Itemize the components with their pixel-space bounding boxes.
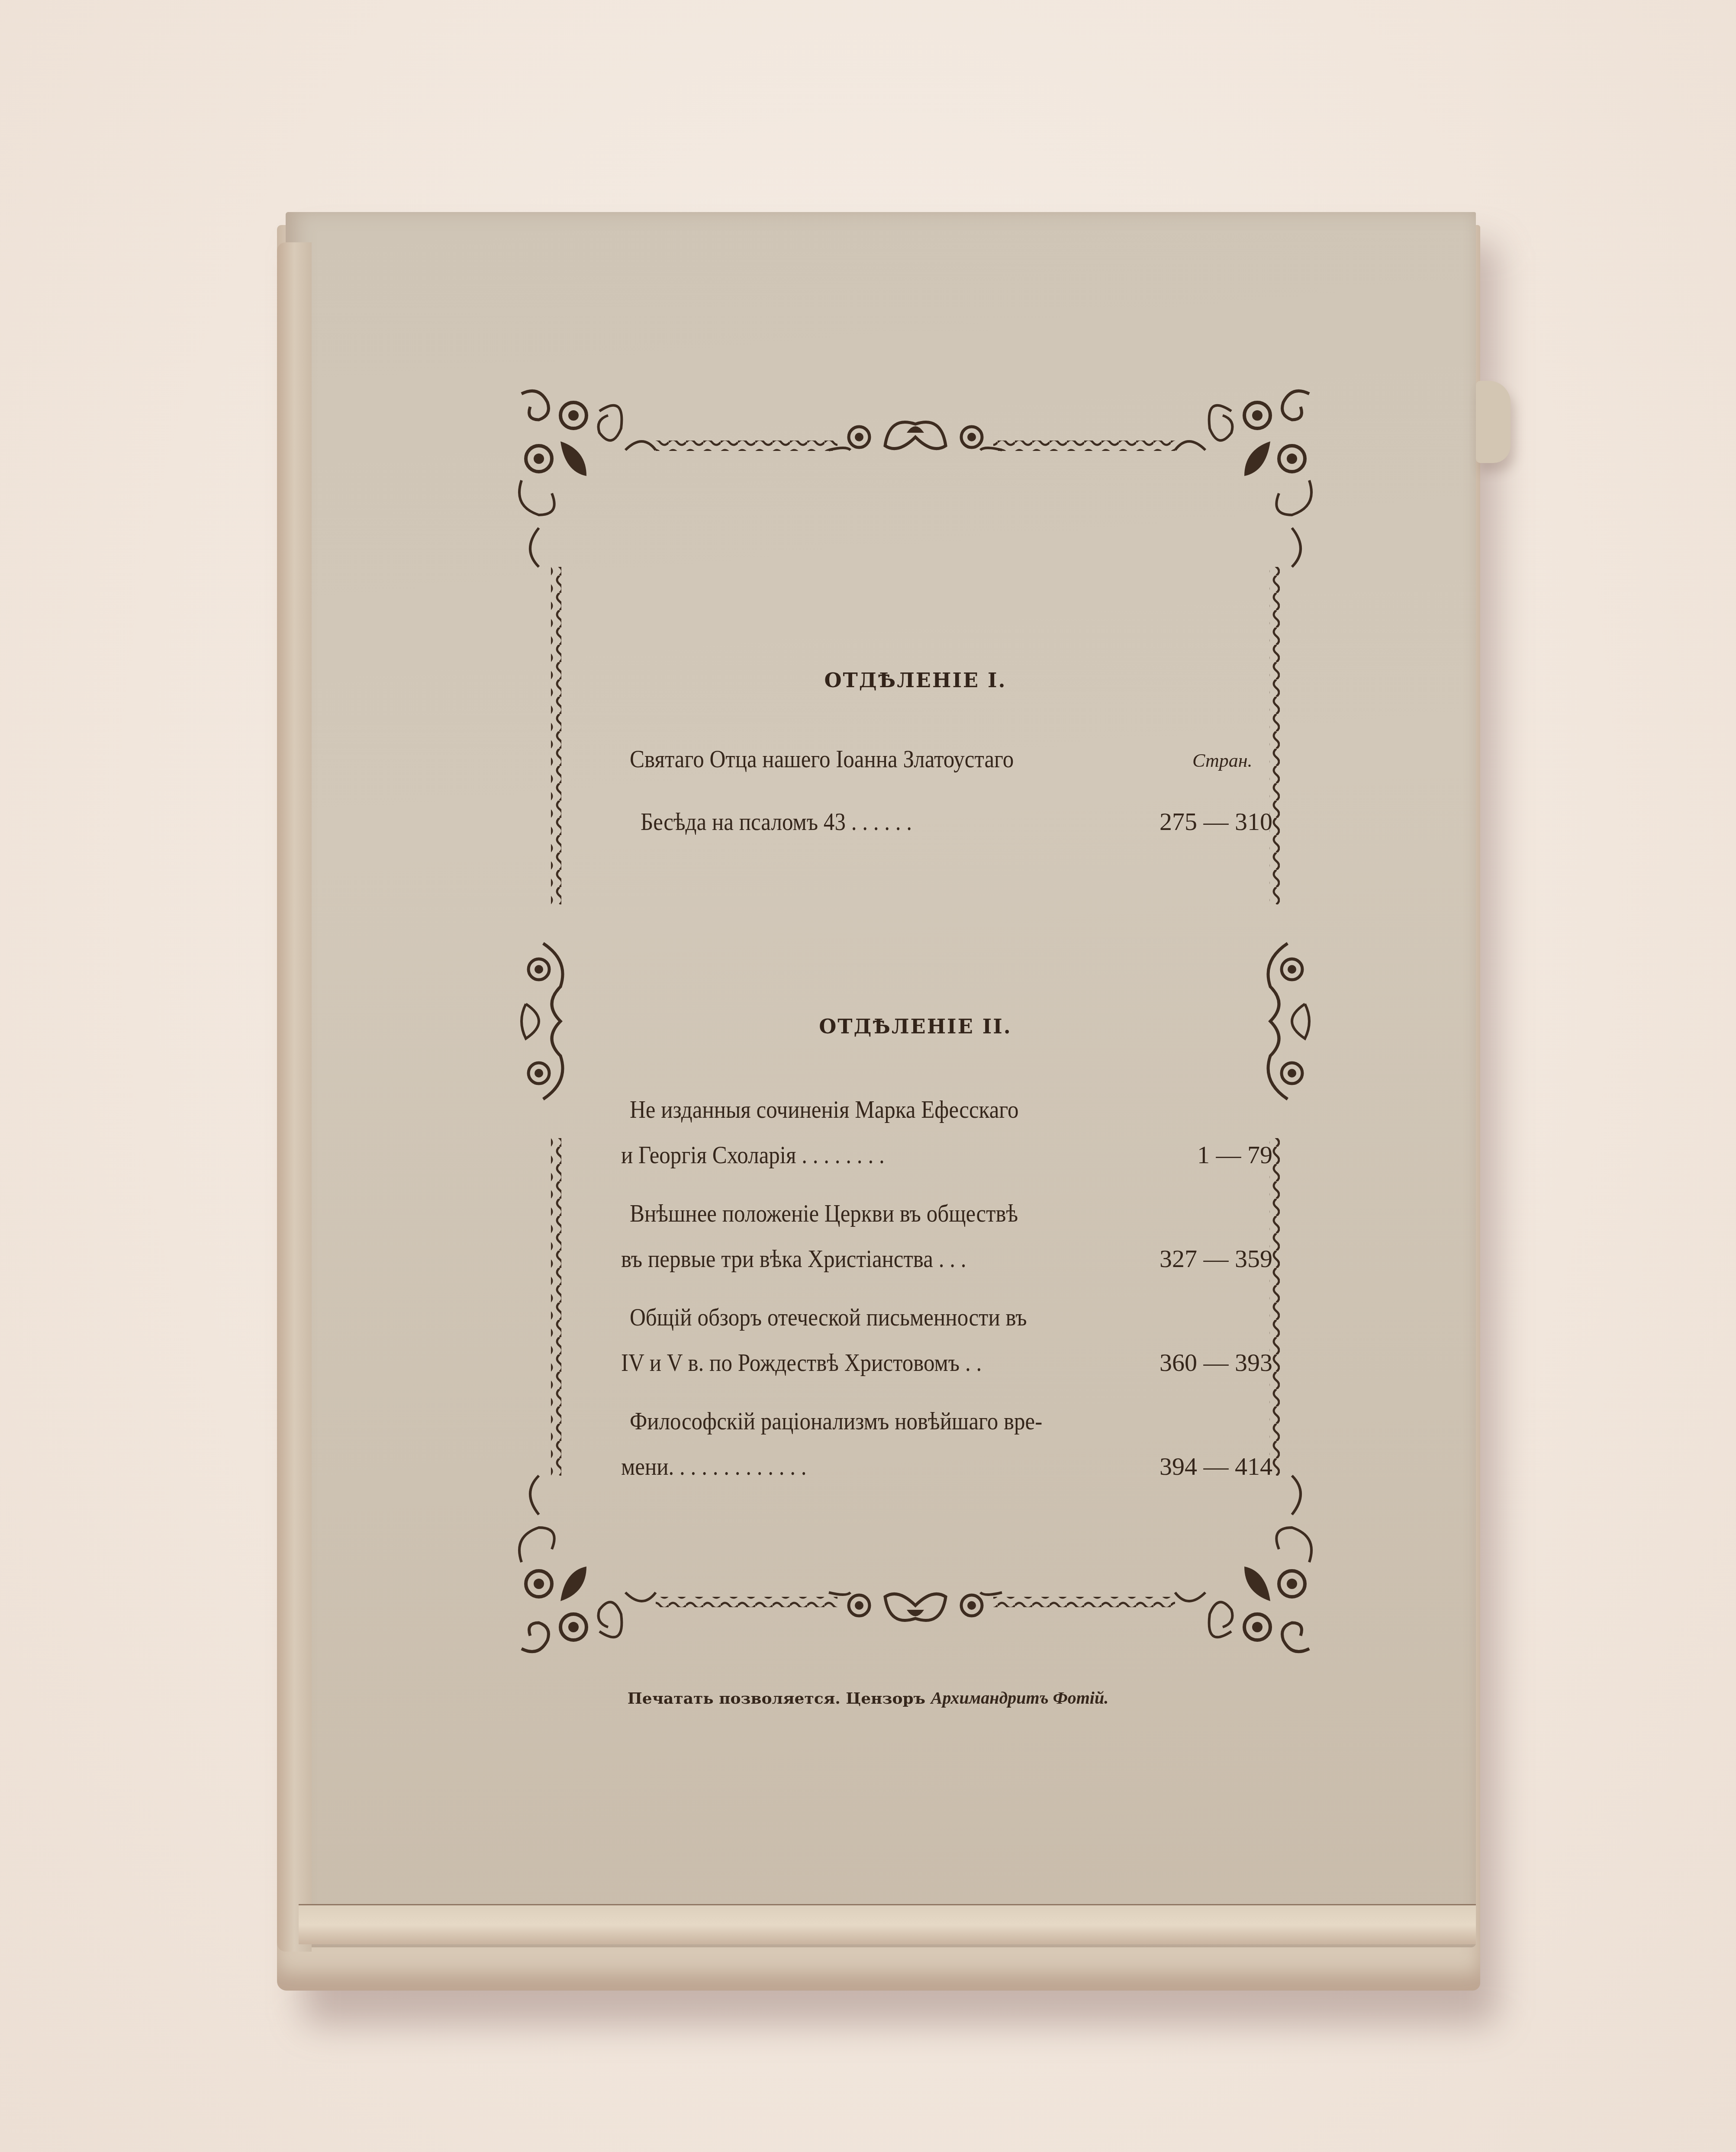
section-2-heading: ОТДѢЛЕНІЕ II. (513, 1015, 1318, 1038)
entry-3-line-1: Внѣшнее положеніе Церкви въ обществѣ (630, 1199, 1018, 1228)
entry-2-pages: 1 — 79 (1197, 1140, 1272, 1169)
section-1-heading: ОТДѢЛЕНІЕ I. (513, 669, 1318, 692)
censor-approval: Печатать позволяется. Цензоръ Архимандри… (0, 1688, 1736, 1708)
entry-4-line-2: IV и V в. по Рождествѣ Христовомъ . . (621, 1348, 982, 1377)
entry-3-line-2: въ первые три вѣка Христіанства . . . (621, 1244, 966, 1273)
entry-4-line-1: Общій обзоръ отеческой письменности въ (630, 1303, 1027, 1332)
entry-1-line-1: Святаго Отца нашего Іоанна Златоустаго (630, 744, 1014, 773)
entry-4-pages: 360 — 393 (1159, 1348, 1272, 1377)
entry-3-pages: 327 — 359 (1159, 1244, 1272, 1273)
entry-5-line-2: мени. . . . . . . . . . . . . (621, 1452, 807, 1481)
bottom-page-edges (299, 1904, 1476, 1944)
entry-1-pages: 275 — 310 (1159, 807, 1272, 836)
censor-text: Печатать позволяется. Цензоръ (628, 1689, 925, 1708)
ornamental-frame: ОТДѢЛЕНІЕ I. Святаго Отца нашего Іоанна … (513, 385, 1318, 1657)
entry-5-line-1: Философскій раціонализмъ новѣйшаго вре- (630, 1406, 1042, 1435)
entry-1-line-2: Бесѣда на псаломъ 43 . . . . . . (641, 807, 912, 836)
censor-name: Архимандритъ Фотій. (931, 1688, 1109, 1708)
entry-5-pages: 394 — 414 (1159, 1452, 1272, 1481)
pages-column-label: Стран. (1192, 750, 1253, 772)
torn-tab (1476, 381, 1511, 463)
entry-2-line-2: и Георгія Схоларія . . . . . . . . (621, 1140, 885, 1169)
entry-2-line-1: Не изданныя сочиненія Марка Ефесскаго (630, 1095, 1018, 1124)
